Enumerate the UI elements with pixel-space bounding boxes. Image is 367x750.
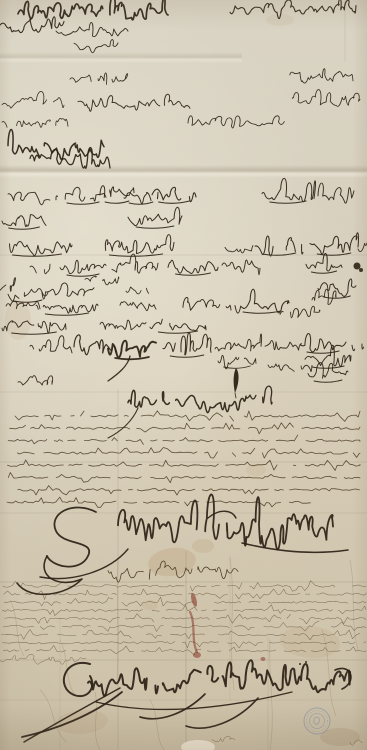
- handwriting-cluster: [8, 129, 104, 159]
- handwriting-cluster: [168, 260, 218, 275]
- ink-stamp: [304, 708, 330, 734]
- handwriting-cluster: [225, 246, 253, 253]
- handwriting-cluster: [318, 183, 354, 203]
- manuscript-text-line: [2, 605, 366, 616]
- handwriting-cluster: [246, 386, 272, 404]
- ink-blot: [299, 663, 301, 665]
- handwriting-cluster: [36, 304, 98, 315]
- handwriting-cluster: [310, 233, 358, 255]
- flourish-stroke: [108, 408, 138, 438]
- handwriting-cluster: [65, 187, 106, 204]
- manuscript-text-line: [18, 486, 364, 496]
- manuscript-text-line: [7, 497, 310, 507]
- bottom-signature-flourish: [140, 694, 205, 719]
- paper-stain: [246, 464, 266, 476]
- handwriting-cluster: [152, 187, 196, 203]
- handwriting-cluster: [74, 40, 118, 53]
- handwriting-cluster: [42, 283, 94, 299]
- handwriting-cluster: [292, 90, 360, 107]
- handwriting-cluster: [352, 344, 367, 351]
- handwriting-cluster: [268, 364, 312, 372]
- handwriting-cluster: [8, 192, 58, 205]
- handwriting-cluster: [18, 0, 168, 20]
- handwriting-cluster: [70, 73, 128, 85]
- handwriting-cluster: [255, 236, 303, 256]
- main-signature-flourish: [17, 556, 82, 594]
- handwriting-cluster: [183, 297, 231, 310]
- handwriting-cluster: [74, 335, 116, 355]
- handwriting-cluster: [108, 341, 156, 360]
- manuscript-text-line: [8, 473, 360, 483]
- bottom-signature-flourish: [186, 698, 258, 728]
- handwriting-cluster: [308, 363, 348, 383]
- handwriting-cluster: [290, 69, 353, 83]
- main-signature-flourish: [40, 549, 128, 579]
- manuscript-text-line: [4, 589, 366, 600]
- handwriting-cluster: [2, 215, 46, 230]
- handwriting-cluster: [212, 737, 242, 742]
- paper-stain: [146, 545, 197, 579]
- handwriting-cluster: [128, 207, 182, 228]
- handwriting-cluster: [215, 334, 262, 351]
- handwriting-cluster: [262, 178, 315, 203]
- handwriting-cluster: [30, 264, 50, 274]
- handwriting-cluster: [30, 336, 72, 353]
- handwriting-cluster: [78, 94, 190, 111]
- ink-blot: [359, 268, 363, 272]
- manuscript-scan: [0, 0, 367, 750]
- red-wax-mark: [190, 612, 197, 652]
- handwriting-cluster: [280, 306, 320, 318]
- handwriting-cluster: [300, 334, 346, 354]
- ink-blot: [305, 661, 307, 663]
- paper-crack: [270, 640, 273, 750]
- handwriting-cluster: [235, 289, 289, 313]
- handwriting-cluster: [100, 320, 146, 330]
- handwriting-cluster: [312, 289, 336, 304]
- manuscript-text-line: [10, 423, 360, 434]
- ink-feather-mark: [234, 368, 239, 393]
- handwriting-cluster: [163, 333, 211, 358]
- handwriting-cluster: [128, 390, 246, 412]
- handwriting-cluster: [0, 278, 15, 292]
- handwriting-cluster: [85, 276, 119, 285]
- ink-blot: [354, 263, 361, 270]
- main-signature-flourish: [47, 508, 96, 567]
- handwriting-cluster: [105, 235, 174, 257]
- ink-stamp: [314, 717, 320, 724]
- main-signature-flourish: [242, 543, 348, 552]
- paper-stain: [192, 539, 214, 553]
- handwriting-cluster: [126, 287, 154, 294]
- handwriting-cluster: [305, 345, 351, 368]
- ink-stamp: [310, 714, 325, 729]
- handwriting-cluster: [230, 0, 356, 19]
- red-wax-mark: [261, 657, 266, 661]
- handwriting-cluster: [188, 116, 290, 128]
- paper-stain: [55, 708, 109, 736]
- handwriting-cluster: [120, 302, 156, 311]
- handwriting-cluster: [60, 260, 106, 276]
- paper-crack: [350, 560, 358, 650]
- ink-feather-mark: [235, 393, 236, 398]
- handwriting-cluster: [2, 91, 64, 108]
- paper-crack: [150, 700, 164, 750]
- handwriting-cluster: [18, 376, 53, 385]
- bottom-signature: [88, 660, 350, 696]
- paper-crack: [10, 600, 24, 656]
- handwriting-cluster: [318, 279, 356, 298]
- handwriting-cluster: [56, 23, 128, 37]
- handwriting-cluster: [358, 243, 367, 252]
- handwriting-cluster: [306, 253, 342, 273]
- bottom-signature-flourish: [64, 663, 92, 696]
- handwriting-cluster: [222, 260, 260, 275]
- ink-layer: [0, 0, 367, 750]
- manuscript-text-line: [17, 448, 360, 459]
- handwriting-cluster: [150, 319, 206, 333]
- manuscript-text-line: [8, 435, 360, 444]
- handwriting-cluster: [112, 254, 158, 273]
- manuscript-text-line: [15, 411, 360, 421]
- handwriting-cluster: [218, 355, 256, 369]
- handwriting-cluster: [265, 341, 301, 351]
- bottom-signature-flourish: [24, 688, 120, 742]
- handwriting-cluster: [2, 118, 68, 127]
